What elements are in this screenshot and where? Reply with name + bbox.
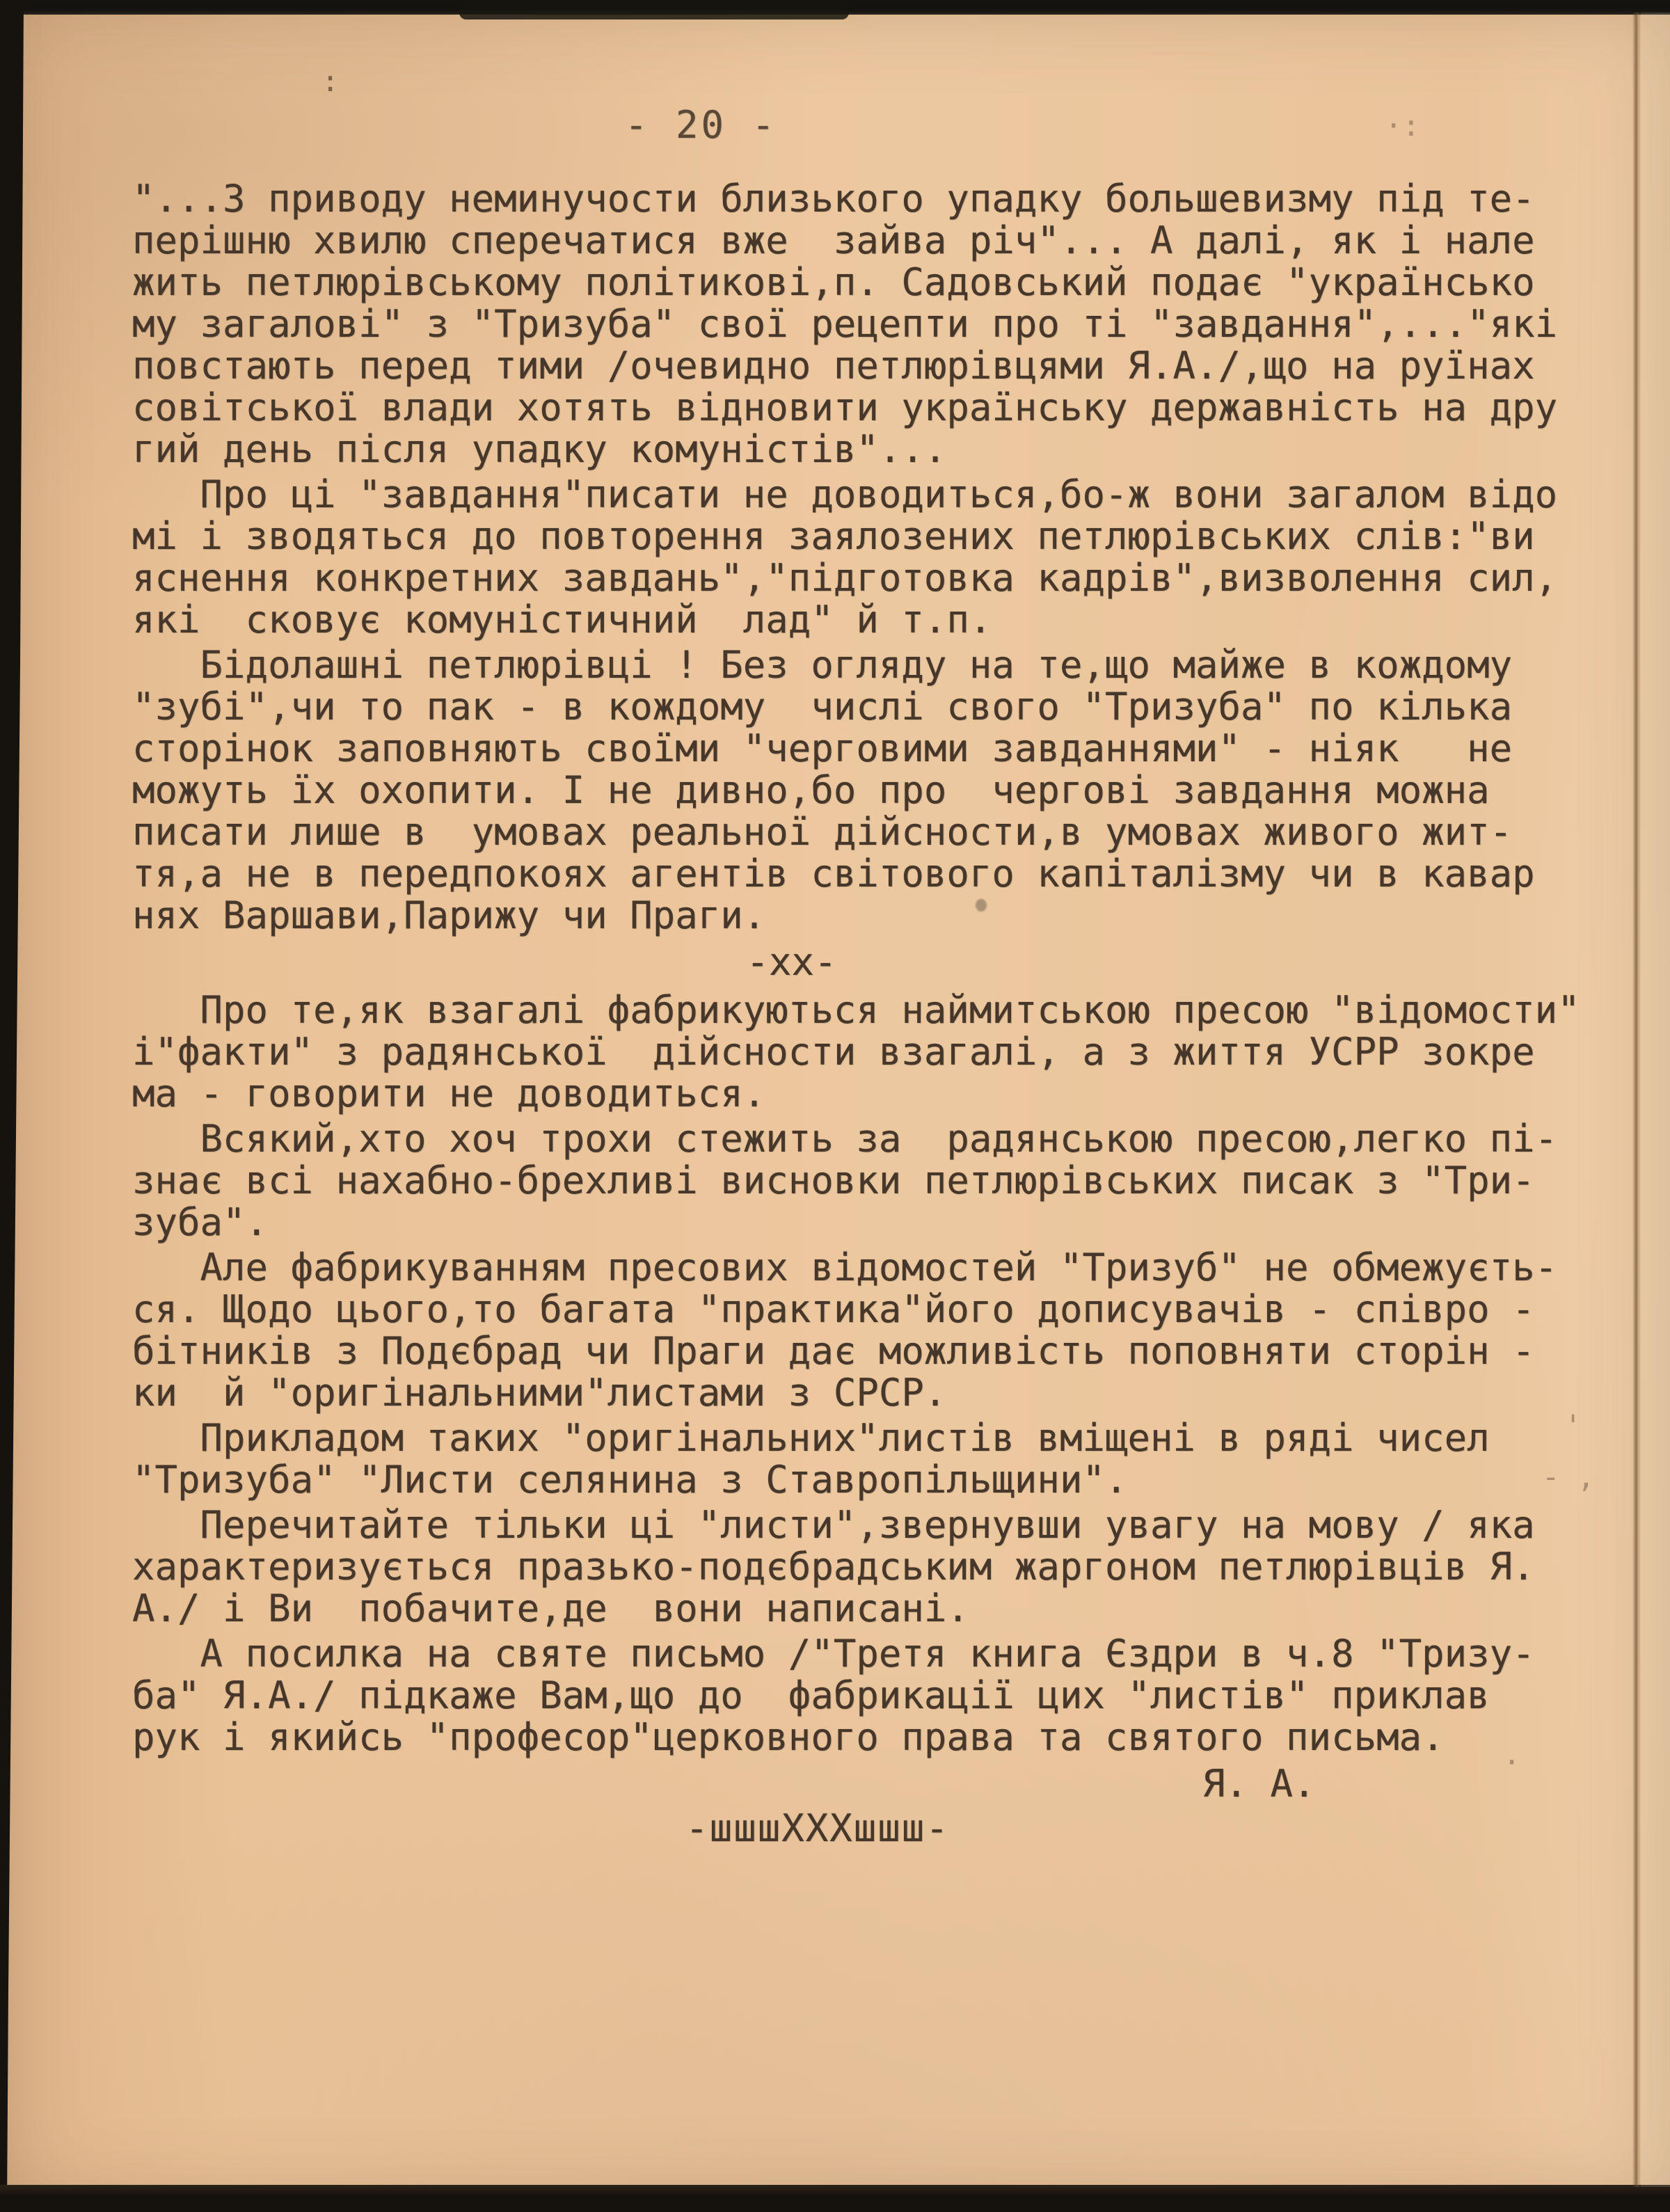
scanned-page: - 20 - "...З приводу неминучости близько… [0,0,1670,2212]
scan-speck-top-left: : [321,67,339,96]
scan-border-left [0,0,28,2212]
paragraph-6: Але фабрикуванням пресових відомостей "Т… [132,1247,1600,1414]
paragraph-5: Всякий,хто хоч трохи стежить за радянськ… [132,1118,1600,1243]
paragraph-4: Про те,як взагалі фабрикуються наймитськ… [132,989,1600,1115]
paragraph-9: А посилка на святе письмо /"Третя книга … [132,1633,1600,1758]
paragraph-3: Бідолашні петлюрівці ! Без огляду на те,… [132,644,1600,937]
scan-speck-top-right: ·: [1385,111,1420,141]
scan-speck-near-signature: · [1503,1748,1520,1777]
scan-speck-right-upper: ' [1564,1411,1582,1440]
scan-speck-right-lower: - , [1542,1463,1595,1492]
scan-ink-blot [976,899,987,912]
scan-border-bottom [0,2185,1670,2212]
author-initials: Я. А. [132,1763,1600,1805]
page-fold-crease [1632,13,1641,2187]
paragraph-7: Прикладом таких "оригінальних"листів вмі… [132,1417,1600,1501]
paragraph-2: Про ці "завдання"писати не доводиться,бо… [132,474,1600,641]
paragraph-1: "...З приводу неминучости близького упад… [132,178,1600,470]
scan-border-top-shadow [459,10,849,19]
document-body: "...З приводу неминучости близького упад… [132,178,1600,1849]
section-separator: -хх- [132,941,1600,983]
end-mark: -шшшXXXшшш- [132,1808,1600,1849]
paragraph-8: Перечитайте тільки ці "листи",звернувши … [132,1504,1600,1630]
page-number: - 20 - [625,104,777,146]
page-edge-highlight [1641,13,1670,2187]
